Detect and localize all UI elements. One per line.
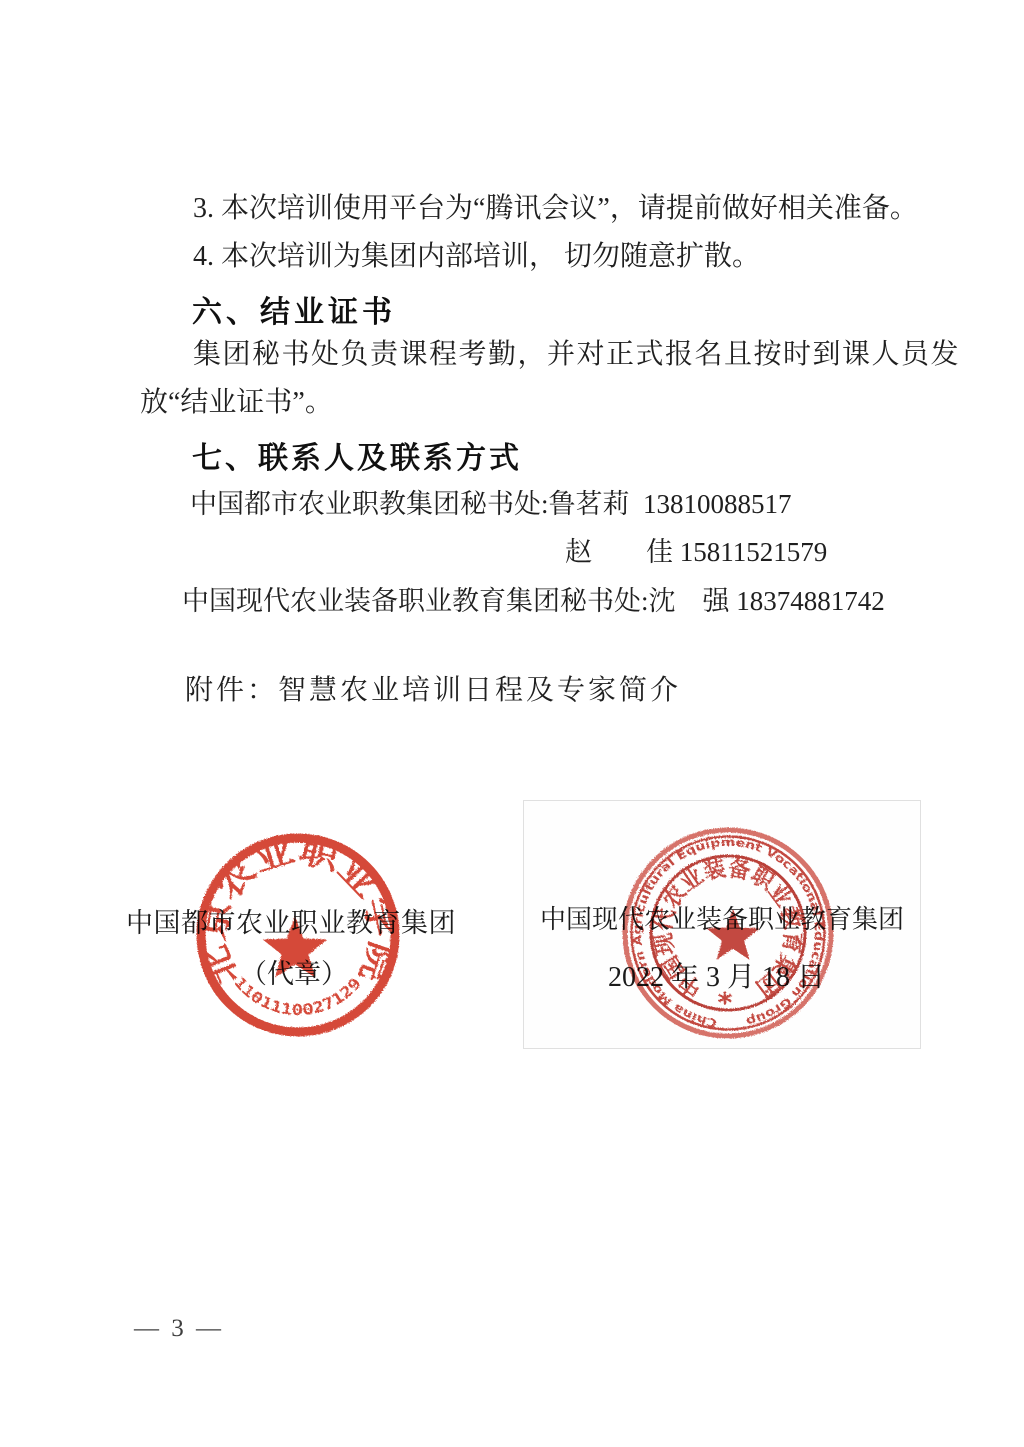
- left-seal-star: [263, 916, 328, 978]
- contact-line-2: 赵 佳 15811521579: [565, 530, 827, 569]
- right-official-seal: China Modern Agricultural Equipment Voca…: [618, 823, 838, 1043]
- contact-line-3: 中国现代农业装备职业教育集团秘书处:沈 强 18374881742: [182, 579, 885, 618]
- right-seal-bottom-mark: *: [718, 986, 733, 1019]
- attachment-line: 附件：智慧农业培训日程及专家简介: [185, 668, 681, 708]
- list-item-3: 3. 本次培训使用平台为“腾讯会议”，请提前做好相关准备。: [193, 192, 918, 226]
- left-seal-code: 1101110027129: [230, 973, 364, 1019]
- list-item-4: 4. 本次培训为集团内部培训， 切勿随意扩散。: [193, 240, 760, 274]
- right-seal-star: [706, 909, 759, 960]
- section-6-paragraph-line-2: 放“结业证书”。: [140, 386, 333, 420]
- page-number: — 3 —: [134, 1315, 224, 1343]
- left-official-seal: 北京农业职业学院 1101110027129: [192, 829, 404, 1041]
- document-page: 3. 本次培训使用平台为“腾讯会议”，请提前做好相关准备。 4. 本次培训为集团…: [0, 0, 1024, 1447]
- section-7-heading: 七、联系人及联系方式: [192, 433, 522, 477]
- svg-text:1101110027129: 1101110027129: [230, 973, 364, 1019]
- contact-line-1: 中国都市农业职教集团秘书处:鲁茗莉 13810088517: [190, 482, 792, 521]
- left-seal-ring-text: 北京农业职业学院: [194, 831, 402, 990]
- section-6-heading: 六、结业证书: [192, 287, 396, 331]
- section-6-paragraph-line-1: 集团秘书处负责课程考勤，并对正式报名且按时到课人员发: [193, 338, 960, 372]
- svg-text:北京农业职业学院: 北京农业职业学院: [194, 831, 402, 990]
